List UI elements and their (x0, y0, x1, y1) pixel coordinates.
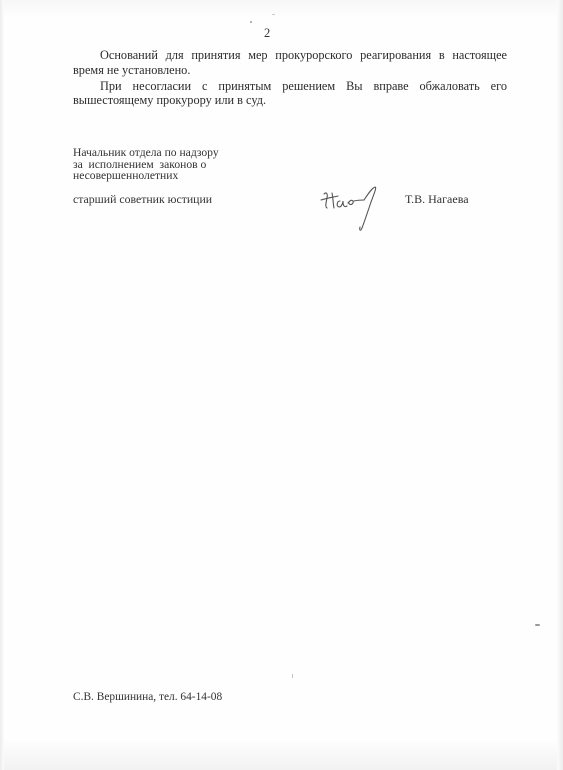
executor-contact: С.В. Вершинина, тел. 64-14-08 (73, 691, 222, 703)
handwritten-signature-icon (318, 184, 380, 236)
page-number: 2 (264, 26, 270, 41)
scan-speck (272, 14, 275, 15)
paragraph-no-grounds: Оснований для принятия мер прокурорского… (73, 48, 507, 77)
paragraph-appeal-rights: При несогласии с принятым решением Вы вп… (73, 79, 507, 108)
position-line: несовершеннолетних (73, 169, 178, 182)
scan-edge-right (557, 0, 563, 770)
signatory-name: Т.В. Нагаева (405, 192, 469, 207)
scan-edge-left (0, 0, 4, 770)
scan-speck (535, 624, 540, 626)
letter-body: Оснований для принятия мер прокурорского… (73, 48, 507, 109)
scan-speck (250, 21, 252, 23)
signatory-rank: старший советник юстиции (73, 192, 212, 207)
document-page: 2 Оснований для принятия мер прокурорско… (0, 0, 563, 770)
scan-speck (292, 674, 293, 678)
signatory-position: Начальник отдела по надзору за исполнени… (73, 147, 219, 182)
